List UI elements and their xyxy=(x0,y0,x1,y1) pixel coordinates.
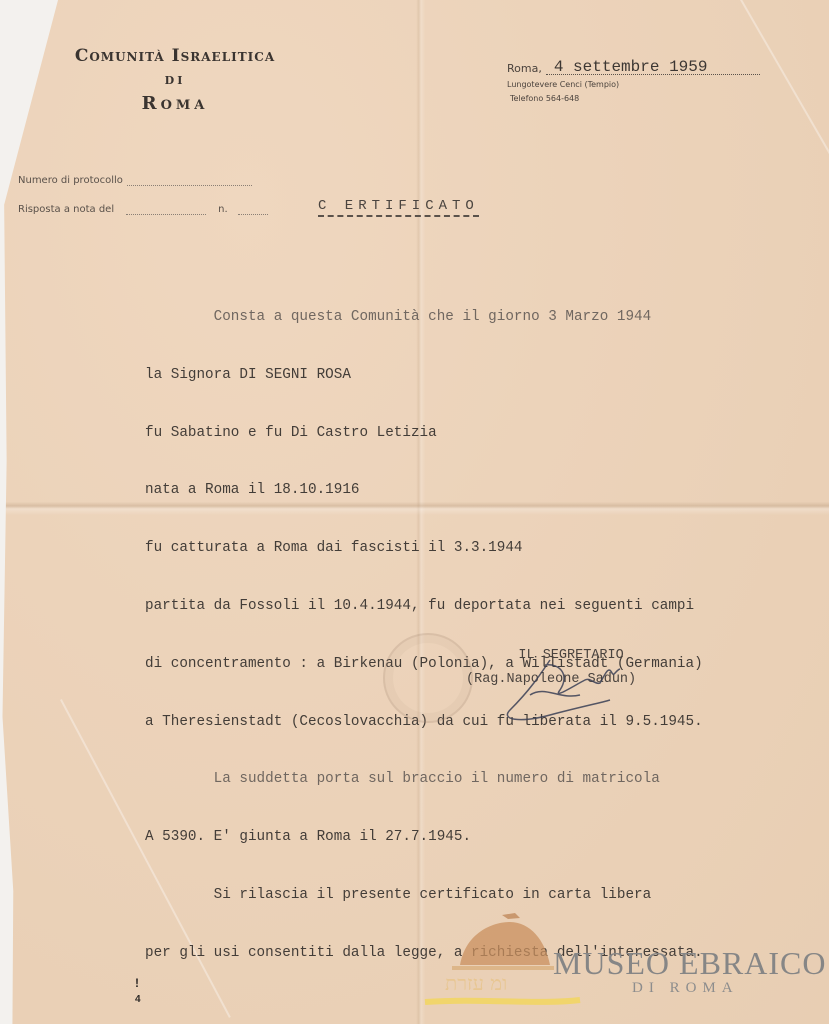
protocol-row: Numero di protocollo xyxy=(18,170,268,186)
form-fields: Numero di protocollo Risposta a nota del… xyxy=(18,170,268,228)
reply-label: Risposta a nota del xyxy=(18,204,114,215)
letterhead-line-1: Comunità Israelitica xyxy=(25,46,325,66)
number-label: n. xyxy=(218,204,228,215)
date-value: 4 settembre 1959 xyxy=(546,60,760,75)
handwritten-signature xyxy=(490,655,650,730)
reply-row: Risposta a nota del n. xyxy=(18,199,268,215)
margin-mark: 4 xyxy=(135,994,141,1005)
protocol-label: Numero di protocollo xyxy=(18,175,123,186)
letterhead-line-3: Roma xyxy=(25,93,325,114)
letterhead-title: Comunità Israelitica DI Roma xyxy=(25,46,325,114)
telephone: Telefono 564-648 xyxy=(510,94,760,103)
number-blank xyxy=(238,206,268,215)
address: Lungotevere Cenci (Tempio) xyxy=(507,80,760,89)
body-line: partita da Fossoli il 10.4.1944, fu depo… xyxy=(145,592,703,621)
museum-name: MUSEO EBRAICO xyxy=(553,945,826,982)
date-line: Roma, 4 settembre 1959 xyxy=(507,60,760,75)
body-line: la Signora DI SEGNI ROSA xyxy=(145,361,703,390)
museum-subtitle: DI ROMA xyxy=(632,980,739,997)
body-line: Si rilascia il presente certificato in c… xyxy=(145,881,703,910)
place-label: Roma, xyxy=(507,62,542,75)
body-line: fu Sabatino e fu Di Castro Letizia xyxy=(145,419,703,448)
svg-text:ומ ﬠזרת: ומ ﬠזרת xyxy=(445,971,507,995)
reply-blank xyxy=(126,206,206,215)
official-stamp xyxy=(383,633,473,723)
certificate-title: C ERTIFICATO xyxy=(318,198,479,217)
body-line: fu catturata a Roma dai fascisti il 3.3.… xyxy=(145,534,703,563)
letterhead-line-2: DI xyxy=(25,74,325,87)
margin-mark: ! xyxy=(135,976,139,990)
protocol-blank xyxy=(127,177,252,186)
body-line: Consta a questa Comunità che il giorno 3… xyxy=(145,303,703,332)
body-line: nata a Roma il 18.10.1916 xyxy=(145,476,703,505)
letterhead-contact: Roma, 4 settembre 1959 Lungotevere Cenci… xyxy=(507,60,760,103)
body-line: A 5390. E' giunta a Roma il 27.7.1945. xyxy=(145,823,703,852)
body-line: La suddetta porta sul braccio il numero … xyxy=(145,765,703,794)
